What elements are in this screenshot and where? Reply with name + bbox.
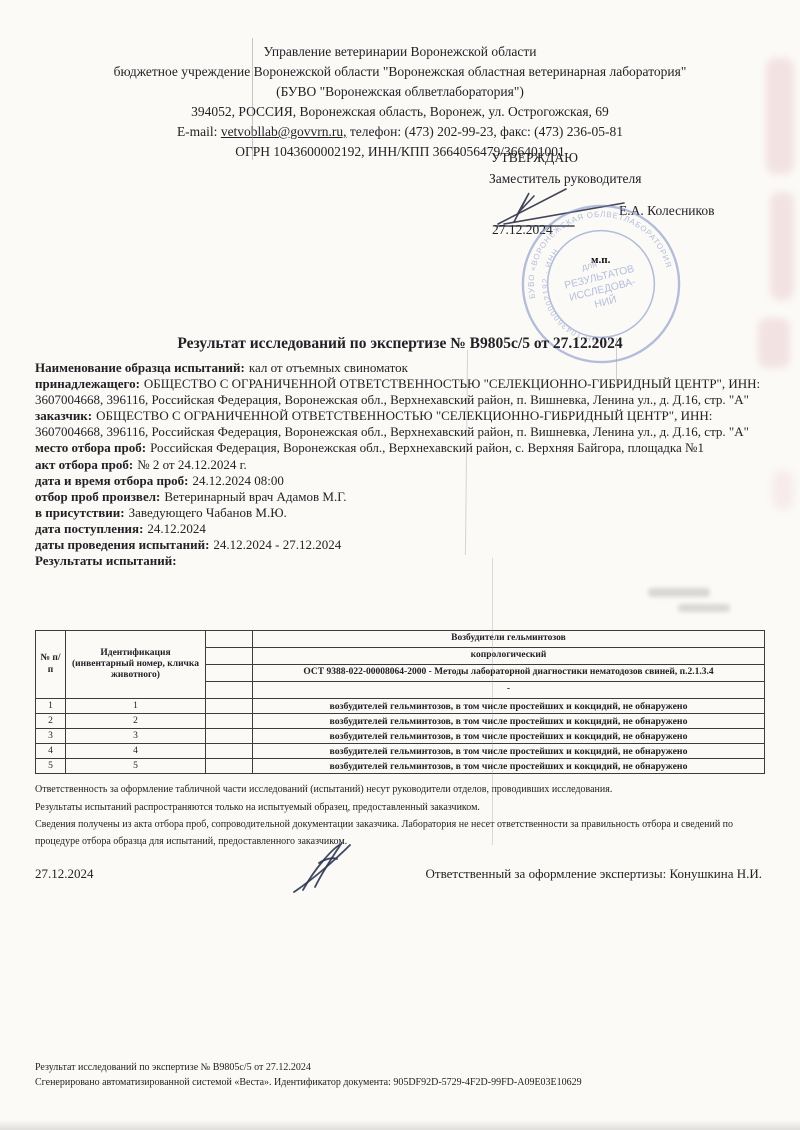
results-table-wrap: № п/п Идентификация (инвентарный номер, … — [35, 630, 765, 774]
row-empty-cell — [206, 759, 253, 774]
row-id-cell: 3 — [66, 729, 206, 744]
table-row: 2 2 возбудителей гельминтозов, в том чис… — [36, 714, 765, 729]
result-method-header: копрологический — [253, 648, 765, 665]
document-footer: Результат исследований по экспертизе № В… — [35, 1060, 582, 1090]
org-ogrn-line: ОГРН 1043600002192, ИНН/КПП 3664056479/3… — [60, 142, 740, 162]
field-label: Результаты испытаний: — [35, 553, 177, 568]
field-row: заказчик:ОБЩЕСТВО С ОГРАНИЧЕННОЙ ОТВЕТСТ… — [35, 408, 767, 440]
field-label: даты проведения испытаний: — [35, 537, 209, 552]
bleedthrough-artifact — [772, 470, 794, 510]
col-empty-header — [206, 648, 253, 665]
field-value: ОБЩЕСТВО С ОГРАНИЧЕННОЙ ОТВЕТСТВЕННОСТЬЮ… — [35, 376, 760, 407]
mp-label: м.п. — [591, 254, 610, 266]
row-empty-cell — [206, 729, 253, 744]
approver-signature — [494, 182, 646, 228]
field-row: Наименование образца испытаний:кал от от… — [35, 360, 767, 376]
field-value: 24.12.2024 08:00 — [193, 473, 284, 488]
field-label: принадлежащего: — [35, 376, 140, 391]
col-empty-header — [206, 631, 253, 648]
row-empty-cell — [206, 699, 253, 714]
responsible-signature — [288, 840, 370, 896]
footnotes: Ответственность за оформление табличной … — [35, 782, 760, 851]
field-label: место отбора проб: — [35, 440, 146, 455]
row-empty-cell — [206, 744, 253, 759]
field-value: Заведующего Чабанов М.Ю. — [129, 505, 287, 520]
approve-label: УТВЕРЖДАЮ — [491, 150, 578, 166]
field-value: Ветеринарный врач Адамов М.Г. — [164, 489, 346, 504]
scan-crease — [252, 38, 253, 160]
note-line: Сведения получены из акта отбора проб, с… — [35, 817, 760, 850]
row-number-cell: 2 — [36, 714, 66, 729]
row-empty-cell — [206, 714, 253, 729]
scan-edge-shadow — [0, 1120, 800, 1130]
row-id-cell: 2 — [66, 714, 206, 729]
org-fullname-line: бюджетное учреждение Воронежской области… — [60, 62, 740, 82]
org-shortname-line: (БУВО "Воронежская облветлаборатория") — [60, 82, 740, 102]
scan-smudge — [678, 604, 730, 612]
field-label: дата и время отбора проб: — [35, 473, 189, 488]
field-row: принадлежащего:ОБЩЕСТВО С ОГРАНИЧЕННОЙ О… — [35, 376, 767, 408]
document-page: Управление ветеринарии Воронежской облас… — [0, 0, 800, 1130]
field-label: заказчик: — [35, 408, 92, 423]
signoff-date: 27.12.2024 — [35, 866, 94, 882]
field-value: № 2 от 24.12.2024 г. — [137, 457, 247, 472]
field-row: даты проведения испытаний:24.12.2024 - 2… — [35, 537, 767, 553]
note-line: Результаты испытаний распространяются то… — [35, 800, 760, 817]
svg-text:РЕЗУЛЬТАТОВ: РЕЗУЛЬТАТОВ — [563, 264, 635, 292]
footer-expertise-line: Результат исследований по экспертизе № В… — [35, 1060, 582, 1075]
field-value: кал от отъемных свиноматок — [249, 360, 408, 375]
field-label: дата поступления: — [35, 521, 143, 536]
results-table: № п/п Идентификация (инвентарный номер, … — [35, 630, 765, 774]
note-line: Ответственность за оформление табличной … — [35, 782, 760, 799]
field-row: дата поступления:24.12.2024 — [35, 521, 767, 537]
field-row: место отбора проб:Российская Федерация, … — [35, 440, 767, 456]
results-table-header: № п/п Идентификация (инвентарный номер, … — [36, 631, 765, 699]
row-number-cell: 4 — [36, 744, 66, 759]
field-value: 24.12.2024 — [147, 521, 206, 536]
field-label: отбор проб произвел: — [35, 489, 160, 504]
bleedthrough-artifact — [766, 58, 794, 174]
col-empty-header — [206, 682, 253, 699]
table-row: 5 5 возбудителей гельминтозов, в том чис… — [36, 759, 765, 774]
bleedthrough-artifact — [758, 318, 790, 368]
row-number-cell: 1 — [36, 699, 66, 714]
scan-crease — [616, 338, 617, 386]
field-label: Наименование образца испытаний: — [35, 360, 245, 375]
field-value: Российская Федерация, Воронежская обл., … — [150, 440, 704, 455]
page-title: Результат исследований по экспертизе № В… — [35, 335, 765, 353]
row-result-cell: возбудителей гельминтозов, в том числе п… — [253, 744, 765, 759]
table-row: 1 1 возбудителей гельминтозов, в том чис… — [36, 699, 765, 714]
field-row: акт отбора проб:№ 2 от 24.12.2024 г. — [35, 457, 767, 473]
footer-generated-line: Сгенерировано автоматизированной системо… — [35, 1075, 582, 1090]
row-number-cell: 3 — [36, 729, 66, 744]
org-header: Управление ветеринарии Воронежской облас… — [60, 42, 740, 162]
result-standard-header: ОСТ 9388-022-00008064-2000 - Методы лабо… — [253, 665, 765, 682]
field-value: ОБЩЕСТВО С ОГРАНИЧЕННОЙ ОТВЕТСТВЕННОСТЬЮ… — [35, 408, 749, 439]
email-label: E-mail: — [177, 124, 218, 139]
row-id-cell: 5 — [66, 759, 206, 774]
result-group-header: Возбудители гельминтозов — [253, 631, 765, 648]
field-row: Результаты испытаний: — [35, 553, 767, 569]
table-row: 3 3 возбудителей гельминтозов, в том чис… — [36, 729, 765, 744]
field-row: в присутствии:Заведующего Чабанов М.Ю. — [35, 505, 767, 521]
scan-smudge — [648, 588, 710, 597]
field-label: акт отбора проб: — [35, 457, 133, 472]
field-label: в присутствии: — [35, 505, 125, 520]
svg-text:НИЙ: НИЙ — [593, 293, 618, 311]
row-id-cell: 1 — [66, 699, 206, 714]
email-value: vetvobllab@govvrn.ru, — [221, 124, 347, 139]
field-value: 24.12.2024 - 27.12.2024 — [213, 537, 341, 552]
row-result-cell: возбудителей гельминтозов, в том числе п… — [253, 699, 765, 714]
row-id-cell: 4 — [66, 744, 206, 759]
row-result-cell: возбудителей гельминтозов, в том числе п… — [253, 729, 765, 744]
bleedthrough-artifact — [770, 192, 794, 300]
col-empty-header — [206, 665, 253, 682]
phone-fax: телефон: (473) 202-99-23, факс: (473) 23… — [350, 124, 623, 139]
row-result-cell: возбудителей гельминтозов, в том числе п… — [253, 714, 765, 729]
col-num-header: № п/п — [36, 631, 66, 699]
field-list: Наименование образца испытаний:кал от от… — [35, 360, 767, 569]
field-row: отбор проб произвел:Ветеринарный врач Ад… — [35, 489, 767, 505]
result-dash-header: - — [253, 682, 765, 699]
table-row: 4 4 возбудителей гельминтозов, в том чис… — [36, 744, 765, 759]
results-table-body: 1 1 возбудителей гельминтозов, в том чис… — [36, 699, 765, 774]
org-name-line: Управление ветеринарии Воронежской облас… — [60, 42, 740, 62]
row-number-cell: 5 — [36, 759, 66, 774]
svg-text:ИССЛЕДОВА-: ИССЛЕДОВА- — [568, 277, 636, 304]
scan-crease — [492, 558, 493, 845]
col-id-header: Идентификация (инвентарный номер, кличка… — [66, 631, 206, 699]
org-address-line: 394052, РОССИЯ, Воронежская область, Вор… — [60, 102, 740, 122]
responsible-label: Ответственный за оформление экспертизы: … — [426, 866, 762, 882]
field-row: дата и время отбора проб:24.12.2024 08:0… — [35, 473, 767, 489]
row-result-cell: возбудителей гельминтозов, в том числе п… — [253, 759, 765, 774]
org-contacts-line: E-mail: vetvobllab@govvrn.ru, телефон: (… — [60, 122, 740, 142]
